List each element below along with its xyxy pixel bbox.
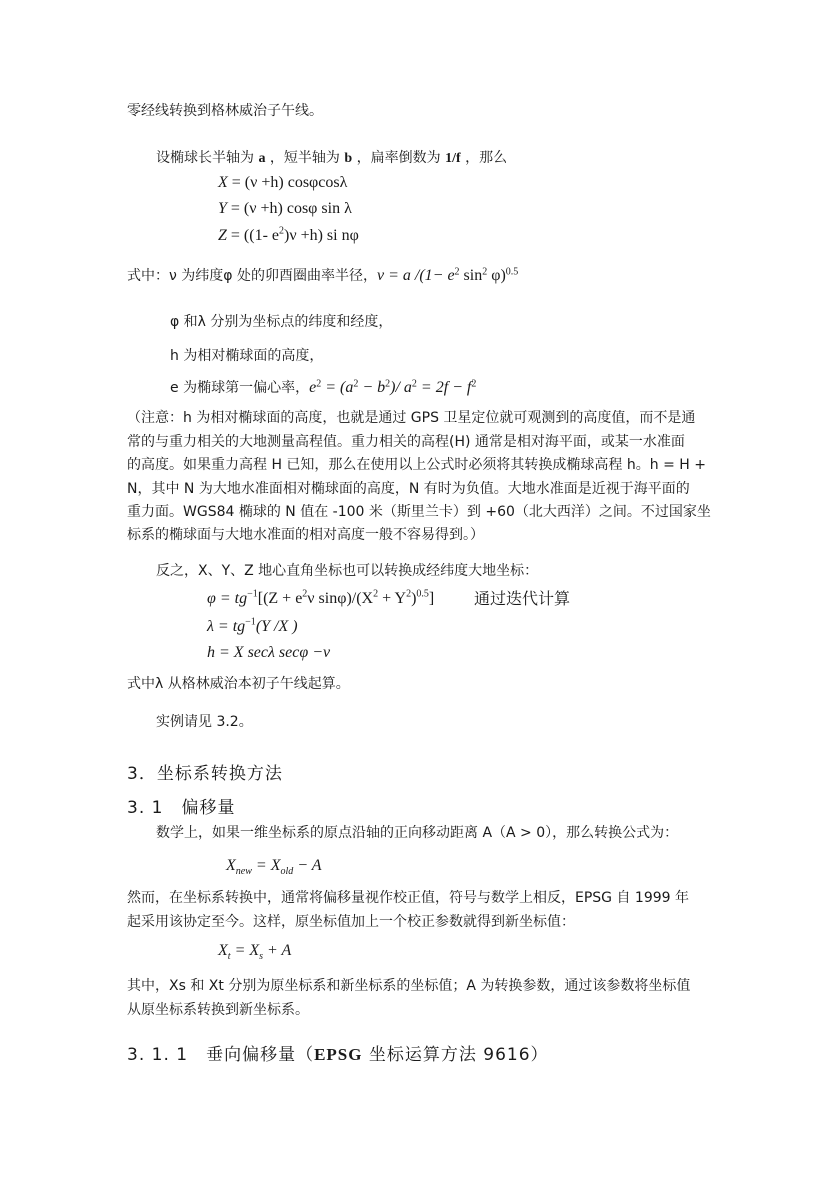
e-def: e 为椭球第一偏心率，e2 = (a2 − b2)/ a2 = 2f − f2 — [170, 379, 476, 397]
formula-lambda-inverse: λ = tg−1(Y /X ) — [207, 618, 298, 636]
nu-definition: 式中：ν 为纬度φ 处的卯酉圈曲率半径，ν = a /(1− e2 sin2 φ… — [127, 267, 518, 285]
lambda-note: 式中λ 从格林威治本初子午线起算。 — [127, 675, 350, 693]
iteration-note: 通过迭代计算 — [474, 590, 570, 608]
formula-z: Z = ((1- e2)ν +h) si nφ — [218, 227, 359, 245]
ellipsoid-setup-line: 设椭球长半轴为 a ，短半轴为 b ，扁率倒数为 1/f ，那么 — [156, 149, 507, 168]
formula-x: X = (ν +h) cosφcosλ — [218, 174, 347, 192]
formula-h-inverse: h = X secλ secφ −ν — [207, 644, 330, 662]
section-3-1-1-heading: 3. 1. 1 垂向偏移量（EPSG 坐标运算方法 9616） — [127, 1046, 549, 1064]
example-reference: 实例请见 3.2。 — [156, 713, 253, 731]
section-3-heading: 3．坐标系转换方法 — [127, 765, 283, 783]
formula-phi-inverse: φ = tg−1[(Z + e2ν sinφ)/(X2 + Y2)0.5] — [207, 590, 434, 608]
intro-line: 零经线转换到格林威治子午线。 — [127, 102, 323, 120]
h-def: h 为相对椭球面的高度， — [170, 347, 323, 365]
section-3-1-heading: 3. 1 偏移量 — [127, 799, 235, 817]
phi-lambda-def: φ 和λ 分别为坐标点的纬度和经度， — [170, 313, 392, 331]
section-3-1-paragraph: 数学上，如果一维坐标系的原点沿轴的正向移动距离 A（A > 0），那么转换公式为… — [156, 824, 678, 842]
formula-target-source: Xt = Xs + A — [218, 942, 291, 960]
inverse-intro: 反之，X、Y、Z 地心直角坐标也可以转换成经纬度大地坐标： — [156, 562, 538, 580]
formula-offset: Xnew = Xold − A — [226, 857, 322, 875]
formula-y: Y = (ν +h) cosφ sin λ — [218, 200, 352, 218]
